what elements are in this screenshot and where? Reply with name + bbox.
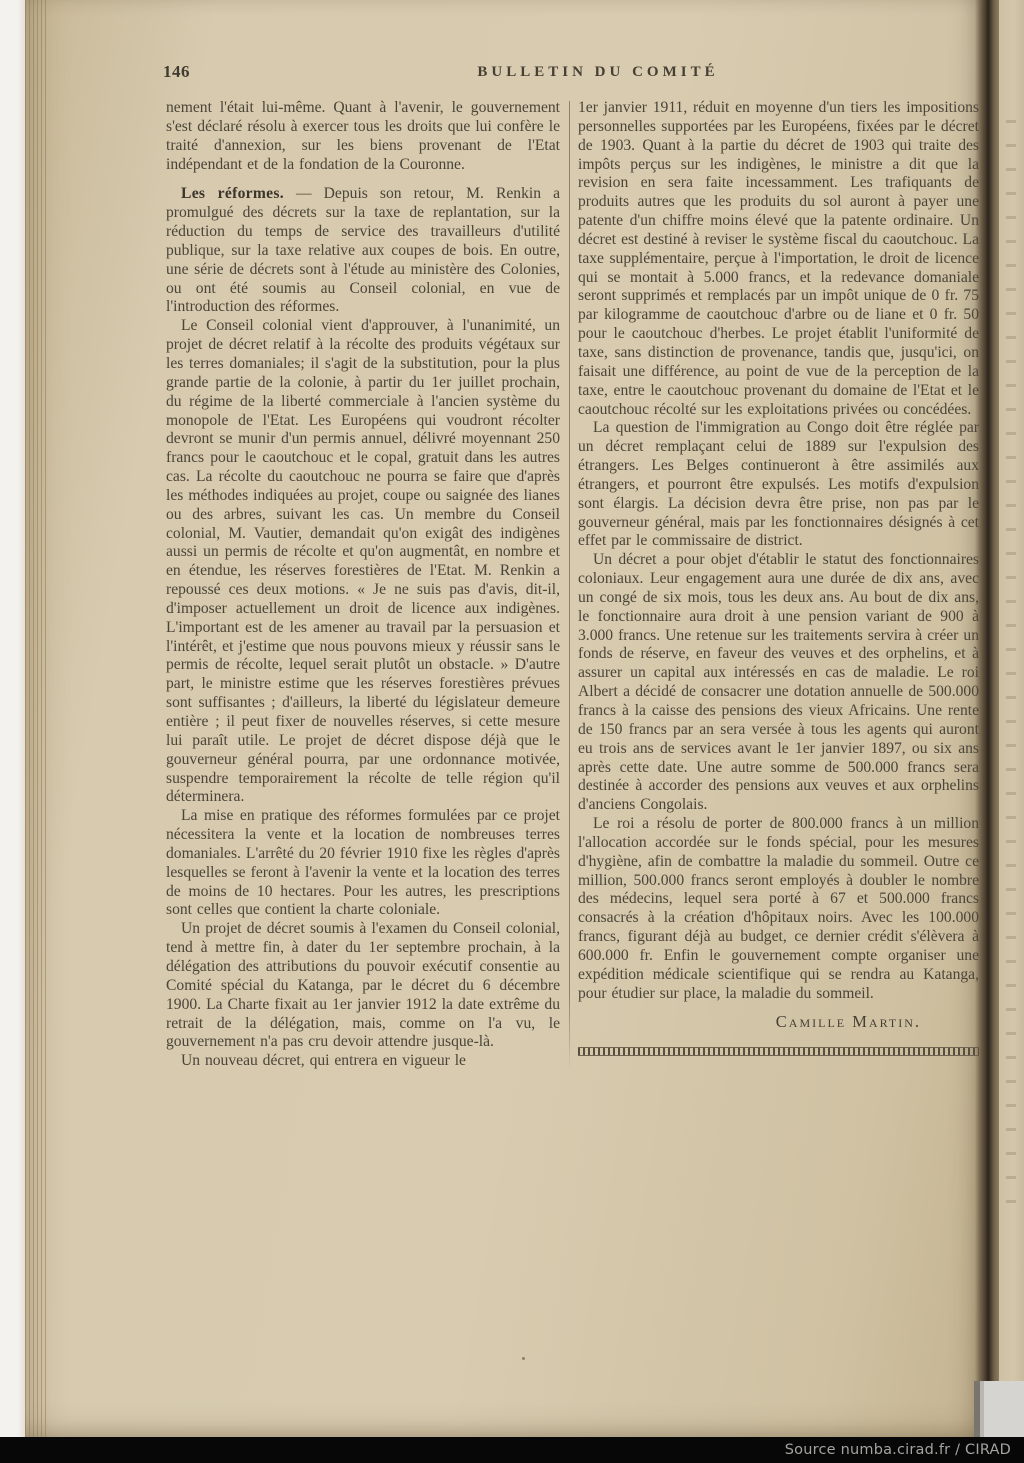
page-edges-corner	[974, 1381, 1024, 1437]
scanned-page: 146 BULLETIN DU COMITÉ nement l'était lu…	[0, 0, 1024, 1463]
right-column: 1er janvier 1911, réduit en moyenne d'un…	[578, 99, 979, 1071]
book-page-paper: 146 BULLETIN DU COMITÉ nement l'était lu…	[25, 0, 985, 1437]
paragraph: Un projet de décret soumis à l'examen du…	[166, 920, 560, 1052]
column-divider-rule	[569, 101, 570, 1071]
left-column: nement l'était lui-même. Quant à l'aveni…	[166, 99, 560, 1071]
journal-title: BULLETIN DU COMITÉ	[477, 64, 718, 81]
binding-gutter-shadow	[975, 0, 999, 1437]
paragraph-lead: Les réformes.	[181, 185, 284, 202]
scanner-background-strip	[0, 0, 25, 1437]
text-columns: nement l'était lui-même. Quant à l'aveni…	[166, 99, 979, 1071]
paragraph: La question de l'immigration au Congo do…	[578, 419, 979, 551]
page-number: 146	[163, 62, 190, 82]
source-attribution-text: Source numba.cirad.fr / CIRAD	[785, 1442, 1011, 1458]
page-header: 146 BULLETIN DU COMITÉ	[25, 62, 985, 88]
adjacent-page-edge	[999, 0, 1024, 1437]
decorative-rule	[578, 1047, 979, 1056]
paragraph: Le Conseil colonial vient d'approuver, à…	[166, 317, 560, 807]
source-attribution-bar: Source numba.cirad.fr / CIRAD	[0, 1437, 1024, 1463]
author-signature: Camille Martin.	[578, 1012, 921, 1032]
paragraph: Un décret a pour objet d'établir le stat…	[578, 551, 979, 815]
paragraph: Un nouveau décret, qui entrera en vigueu…	[166, 1052, 560, 1071]
right-column-paragraphs: 1er janvier 1911, réduit en moyenne d'un…	[578, 99, 979, 1004]
paragraph: La mise en pratique des réformes formulé…	[166, 807, 560, 920]
paper-speck	[522, 1357, 525, 1360]
paragraph: nement l'était lui-même. Quant à l'aveni…	[166, 99, 560, 174]
paragraph: 1er janvier 1911, réduit en moyenne d'un…	[578, 99, 979, 419]
paragraph: Les réformes. — Depuis son retour, M. Re…	[166, 185, 560, 317]
paragraph: Le roi a résolu de porter de 800.000 fra…	[578, 815, 979, 1003]
